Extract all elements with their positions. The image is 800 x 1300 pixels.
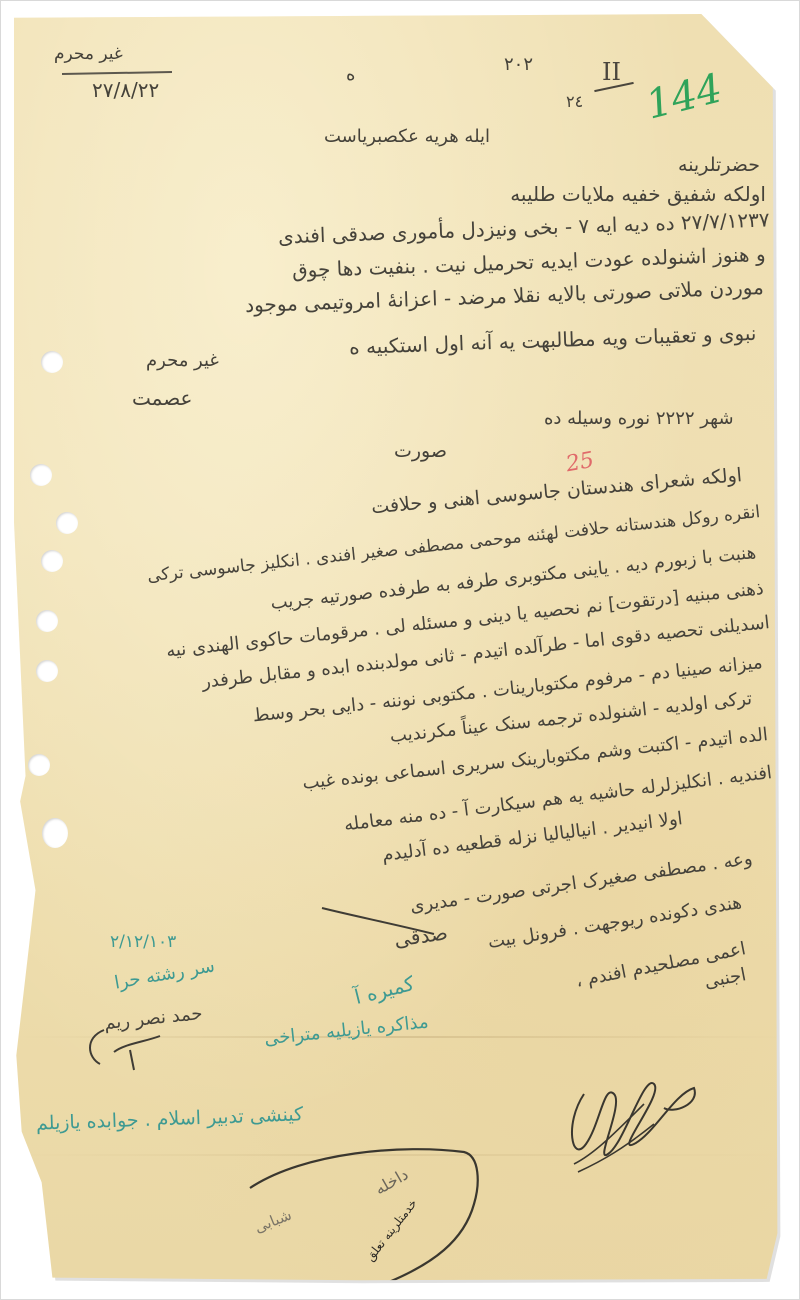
document-paper: غیر محرم ۲۷/۸/۲۲ ه ۲۰۲ II ۲٤ 144 ایله هر… — [14, 14, 782, 1284]
archive-number: 144 — [642, 65, 727, 128]
body-line: ٢٧/٧/١٢٣٧ ده دیه ایه ۷ - بخی ونیزدل مأمو… — [278, 209, 770, 246]
teal-note: کینشی تدبیر اسلام . جوابده یازیلم — [36, 1105, 304, 1133]
body-line: غیر محرم — [146, 352, 219, 370]
copy-line: اجنبی — [703, 966, 748, 992]
top-left-date: ۲۷/۸/۲۲ — [92, 80, 159, 100]
body-line: اولکه شفیق خفیه ملایات طلیبه — [510, 184, 766, 204]
teal-note: مذاکره یازیلیه متراخی — [264, 1013, 430, 1048]
body-line: موردن ملاتی صورتی بالایه نقلا مرضد - اعز… — [245, 277, 764, 315]
roman-numeral: II — [602, 58, 621, 86]
body-line: و هنوز اشنولده عودت ایدیه تحرمیل نیت . ب… — [292, 244, 766, 281]
body-line: حضرتلرینه — [678, 156, 760, 175]
red-page-number: 25 — [564, 448, 596, 477]
teal-note: کمیره آ — [352, 973, 416, 1007]
punch-hole — [41, 550, 63, 572]
teal-note: سر رشته حرا — [113, 957, 216, 992]
punch-hole — [41, 351, 63, 373]
roman-sub: ۲٤ — [566, 94, 583, 110]
copy-line: هندی دکونده ریوجهت . فرونل بیت — [487, 894, 743, 952]
top-left-note: غیر محرم — [54, 46, 123, 63]
top-number: ۲۰۲ — [504, 56, 533, 74]
teal-date: ۲/۱۲/۱۰۳ — [110, 934, 176, 951]
punch-hole — [36, 660, 58, 682]
top-center-mark: ه — [346, 66, 355, 84]
torn-hole — [42, 818, 68, 848]
signature-scribble-icon — [554, 1064, 704, 1194]
punch-hole — [36, 610, 58, 632]
punch-hole — [30, 464, 52, 486]
punch-hole — [28, 754, 50, 776]
underline — [62, 71, 172, 75]
body-line: نبوی و تعقیبات ویه مطالبهت یه آنه اول اس… — [348, 323, 756, 357]
punch-hole — [56, 512, 78, 534]
body-line: شهر ۲۲۲۲ نوره وسیله ده — [544, 410, 734, 428]
signature-ismet: عصمت — [132, 388, 192, 408]
addressee-heading: ایله هریه عکصبریاست — [324, 128, 490, 146]
pencil-scribble — [84, 1024, 174, 1074]
copy-heading: صورت — [394, 442, 447, 461]
